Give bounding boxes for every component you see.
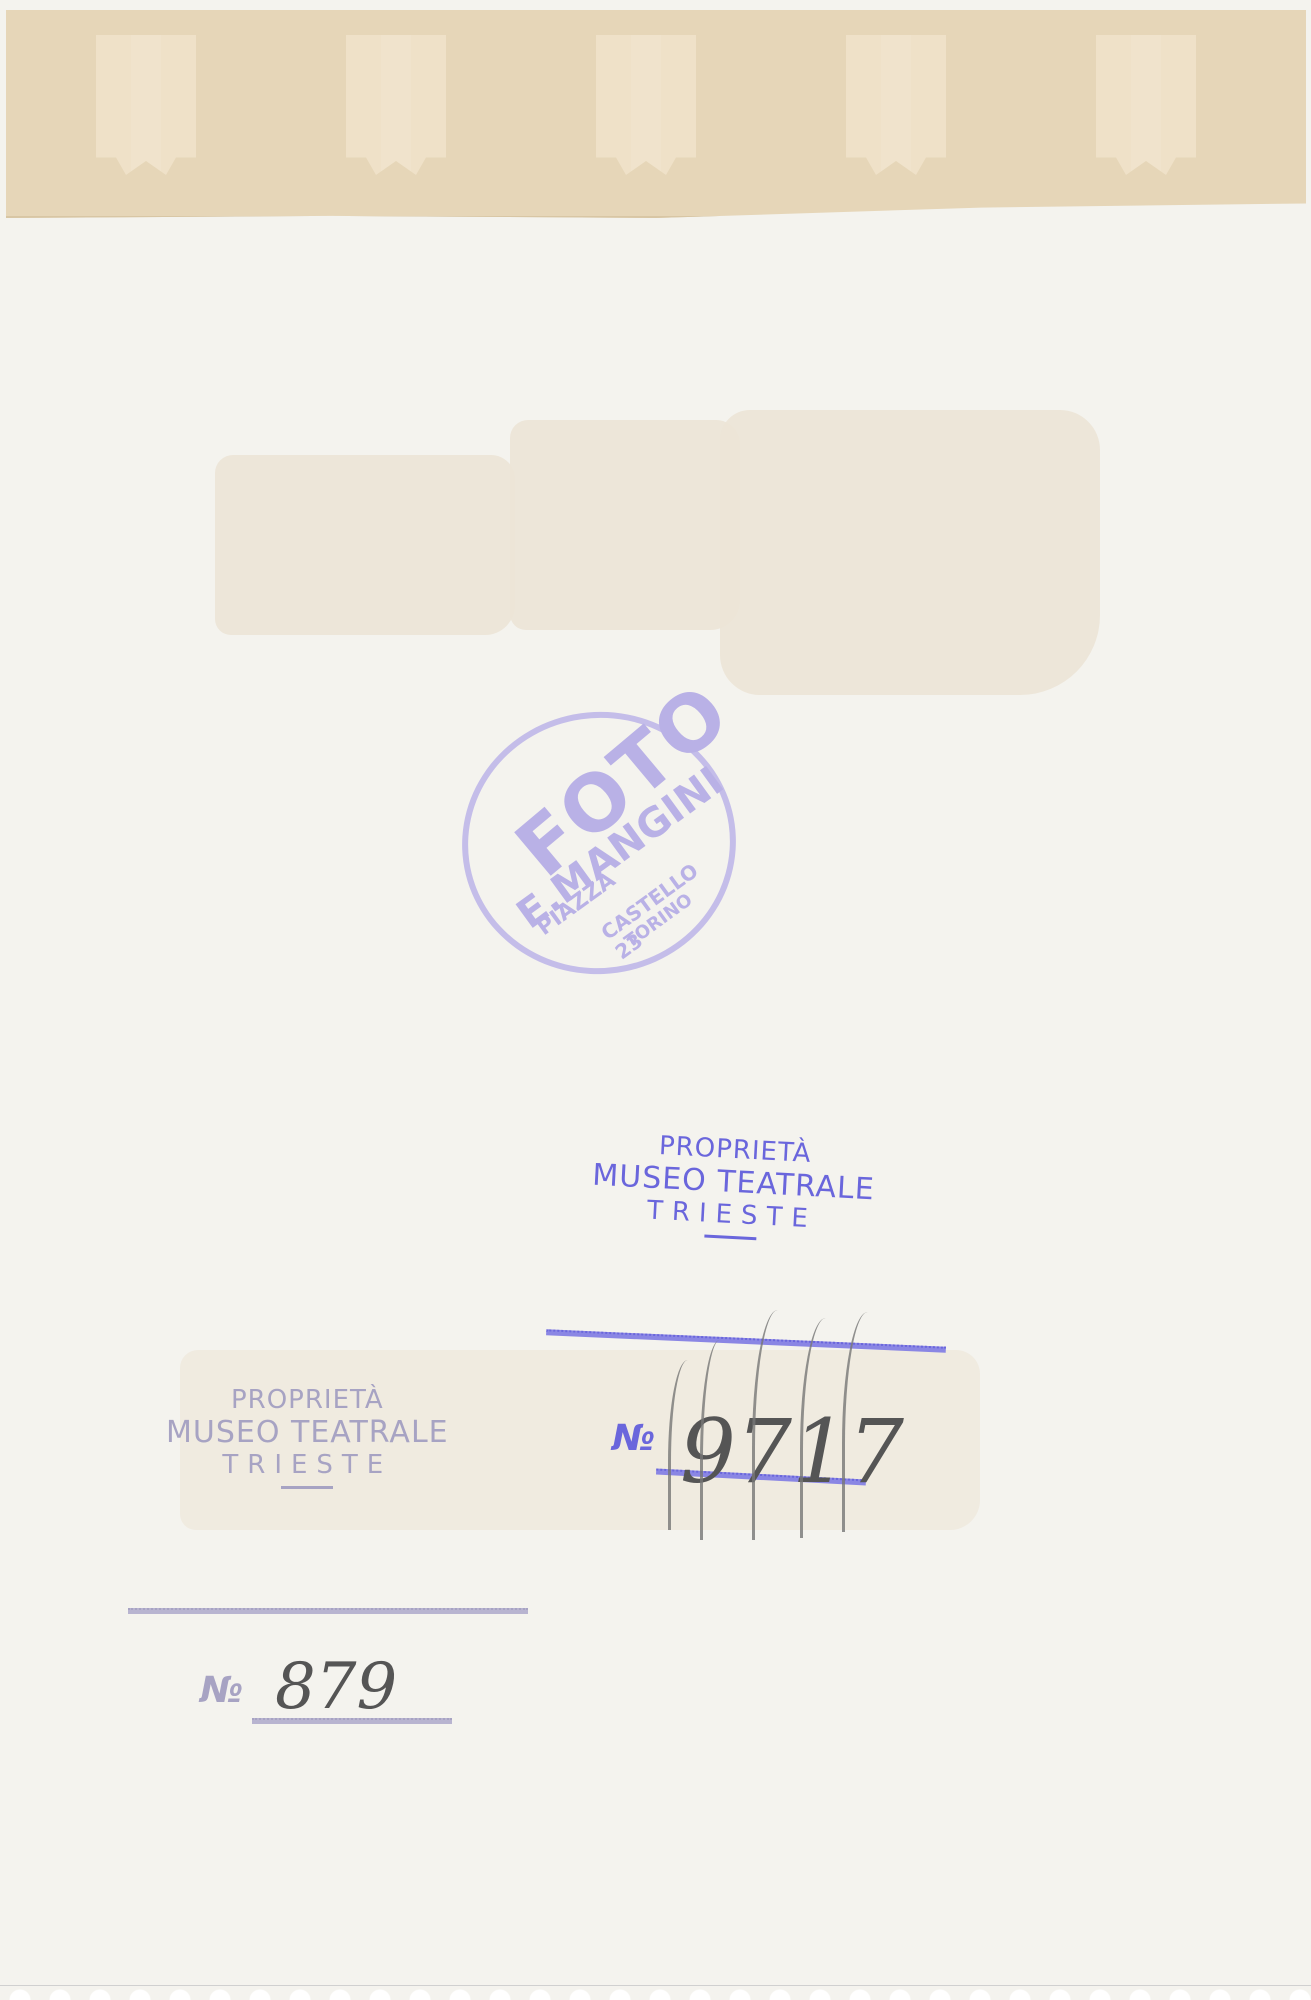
photo-back-card: FOTO E.MANGINI PIAZZA CASTELLO 23 TORINO… (0, 0, 1311, 2000)
glue-residue (720, 410, 1100, 695)
number-line-top (128, 1608, 528, 1614)
glue-residue (215, 455, 515, 635)
photographer-stamp: FOTO E.MANGINI PIAZZA CASTELLO 23 TORINO (445, 694, 753, 992)
museum-stamp-blue: PROPRIETÀ MUSEO TEATRALE TRIESTE (589, 1128, 877, 1247)
inventory-number-grey: 879 (275, 1650, 397, 1724)
stamp-bar (281, 1486, 333, 1489)
mount-watermark (96, 35, 196, 210)
stamp-property: PROPRIETÀ (166, 1385, 449, 1415)
mount-watermark (346, 35, 446, 210)
number-sign: № (200, 1670, 243, 1711)
museum-stamp-grey: PROPRIETÀ MUSEO TEATRALE TRIESTE (166, 1385, 449, 1489)
stamp-museum: MUSEO TEATRALE (166, 1415, 449, 1450)
stamp-city: TRIESTE (166, 1450, 449, 1480)
mount-strip (6, 10, 1306, 218)
stamp-bar (705, 1235, 757, 1241)
glue-residue (510, 420, 740, 630)
deckled-edge (0, 1985, 1311, 2000)
number-sign: № (612, 1418, 655, 1459)
mount-watermark (1096, 35, 1196, 210)
mount-watermark (596, 35, 696, 210)
mount-watermark (846, 35, 946, 210)
